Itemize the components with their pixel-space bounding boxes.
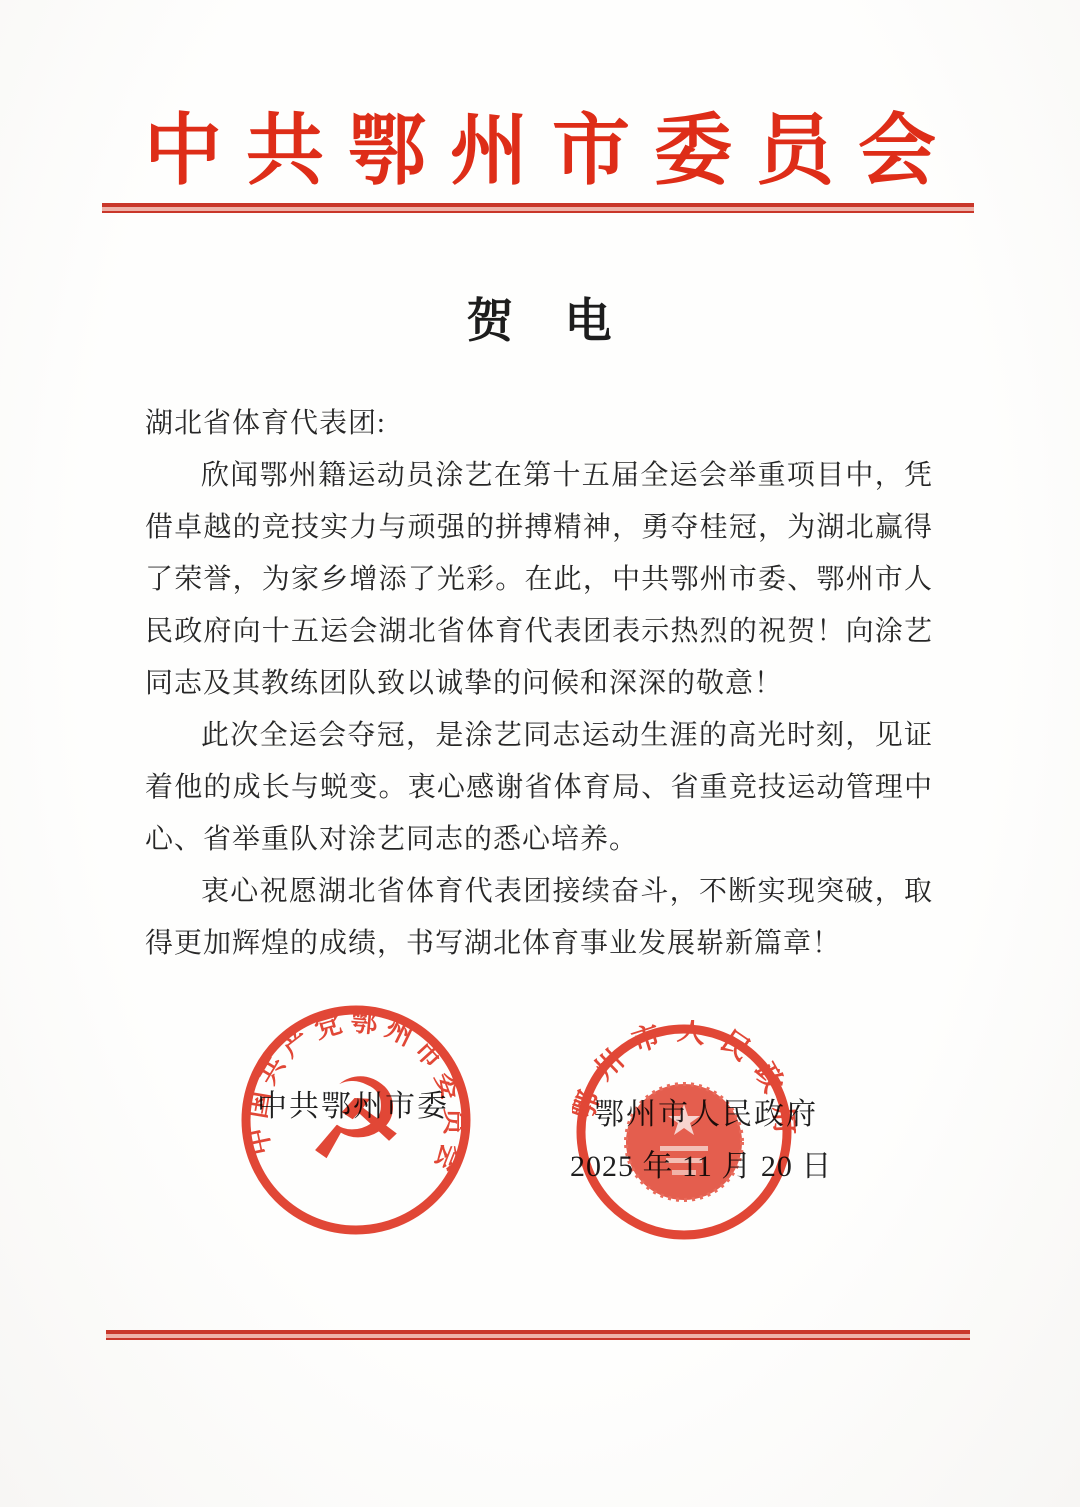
signature-block: 中国共产党鄂州市委员会 ☭ 鄂州市人民政府 中共鄂州市委 鄂州市人民政府 202…	[0, 985, 1080, 1285]
paragraph-2: 此次全运会夺冠，是涂艺同志运动生涯的高光时刻，见证着他的成长与蜕变。衷心感谢省体…	[145, 710, 933, 866]
paragraph-1: 欣闻鄂州籍运动员涂艺在第十五届全运会举重项目中，凭借卓越的竞技实力与顽强的拼搏精…	[145, 450, 933, 710]
left-signature-name: 中共鄂州市委	[253, 1081, 453, 1125]
signature-date: 2025 年 11 月 20 日	[570, 1141, 828, 1185]
paragraph-3: 衷心祝愿湖北省体育代表团接续奋斗，不断实现突破，取得更加辉煌的成绩，书写湖北体育…	[145, 866, 933, 970]
footer-double-rule	[106, 1330, 970, 1340]
header-double-rule	[102, 203, 974, 213]
document-title: 贺 电	[0, 284, 1080, 351]
letter-body: 湖北省体育代表团: 欣闻鄂州籍运动员涂艺在第十五届全运会举重项目中，凭借卓越的竞…	[145, 398, 933, 970]
right-signature-name: 鄂州市人民政府	[594, 1089, 814, 1133]
salutation: 湖北省体育代表团:	[145, 398, 933, 450]
letterhead-title: 中共鄂州市委员会	[0, 88, 1080, 200]
document-page: 中共鄂州市委员会 贺 电 湖北省体育代表团: 欣闻鄂州籍运动员涂艺在第十五届全运…	[0, 0, 1080, 1507]
